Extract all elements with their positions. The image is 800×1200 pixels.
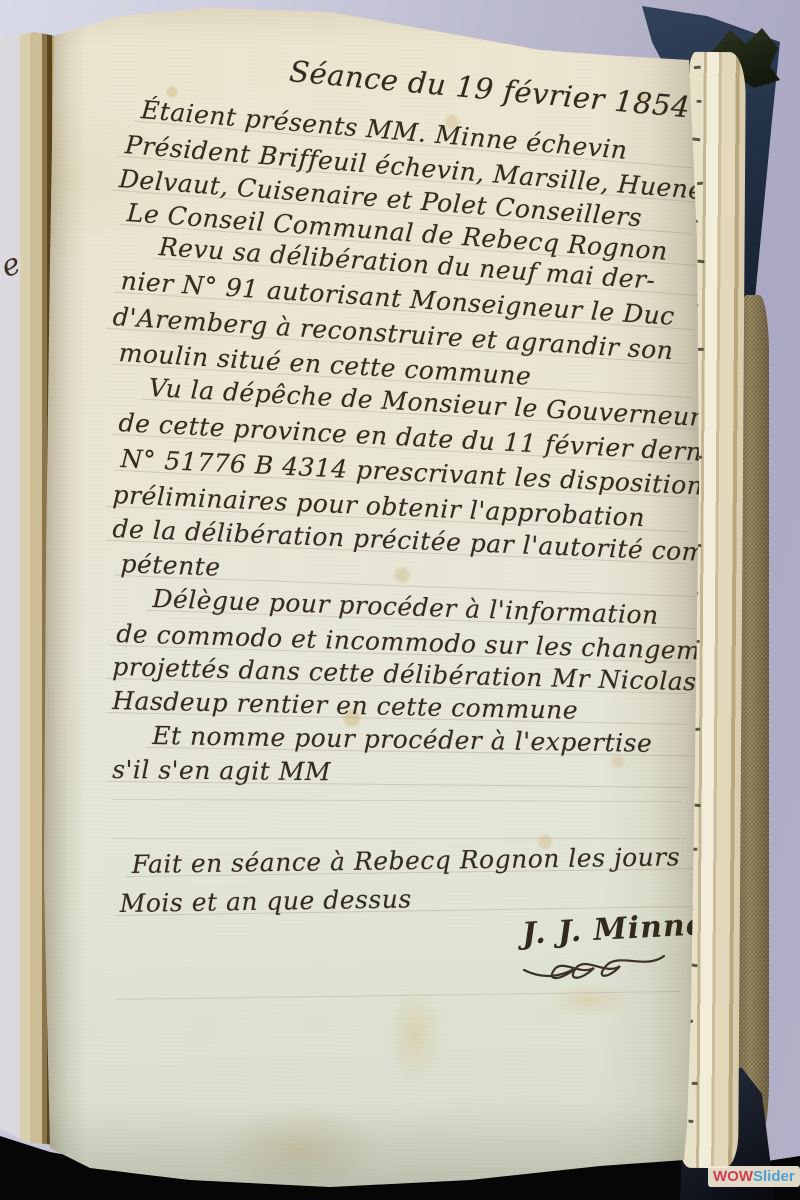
edge-ink-mark <box>691 964 697 967</box>
edge-ink-mark <box>698 348 704 351</box>
edge-ink-mark <box>695 804 701 807</box>
left-page-text-fragment: e <box>0 246 26 285</box>
edge-ink-mark <box>692 1082 698 1085</box>
photo-canvas: e Séance du 19 février 1854 Étaient prés… <box>0 0 800 1200</box>
edge-ink-mark <box>688 1120 693 1123</box>
edge-ink-mark <box>697 182 703 185</box>
manuscript-line: s'il s'en agit MM <box>112 755 687 790</box>
manuscript-page: Séance du 19 février 1854 Étaient présen… <box>0 0 800 1200</box>
signature-flourish <box>518 950 668 984</box>
ruled-line <box>112 838 687 839</box>
edge-ink-mark <box>697 100 702 103</box>
wowslider-watermark[interactable]: WOWSlider <box>708 1166 800 1187</box>
watermark-brand-wow: WOW <box>713 1166 753 1187</box>
watermark-brand-slider: Slider <box>753 1166 795 1187</box>
edge-ink-mark <box>697 259 704 262</box>
edge-ink-mark <box>692 137 700 141</box>
edge-ink-mark <box>694 65 701 68</box>
